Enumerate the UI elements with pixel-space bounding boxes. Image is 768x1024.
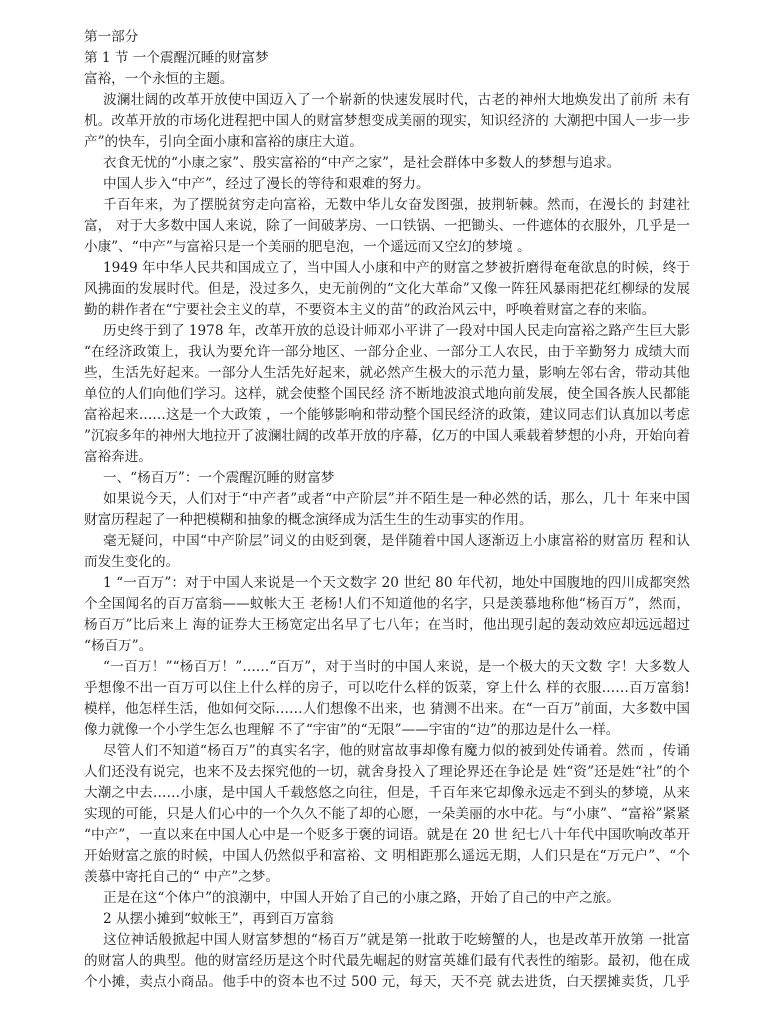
text-line: 杨百万”比后来上 海的证券大王杨宽定出名早了七八年；在当时，他出现引起的轰动效应… (84, 615, 690, 636)
text-line: 人们还没有说完，也来不及去探究他的一切，就舍身投入了理论界还在争论是 姓“资”还… (84, 762, 690, 783)
text-line: 富裕起来……这是一个大政策 ，一个能够影响和带动整个国民经济的政策，建议同志们认… (84, 405, 690, 426)
text-line: 单位的人们向他们学习。这样，就会使整个国民经 济不断地波浪式地向前发展，使全国各… (84, 384, 690, 405)
text-line: 而发生变化的。 (84, 552, 690, 573)
text-line: 模样，他怎样生活，他如何交际……人们想像不出来，也 猜测不出来。在“一百万”前面… (84, 699, 690, 720)
text-line: 个小摊，卖点小商品。他手中的资本也不过 500 元，每天，天不亮 就去进货，白天… (84, 972, 690, 993)
text-line: 个全国闻名的百万富翁——蚊帐大王 老杨!人们不知道他的名字，只是羡慕地称他“杨百… (84, 594, 690, 615)
text-line: 些，生活先好起来。一部分人生活先好起来，就必然产生极大的示范力量，影响左邻右舍，… (84, 363, 690, 384)
text-line: 风拂面的发展时代。但是，没过多久，史无前例的“文化大革命”又像一阵狂风暴雨把花红… (84, 279, 690, 300)
section-heading: 第 1 节 一个震醒沉睡的财富梦 (84, 48, 690, 69)
text-line: “一百万！”“杨百万！”……“百万”，对于当时的中国人来说，是一个极大的天文数 … (84, 657, 690, 678)
text-line: 的财富人的典型。他的财富经历是这个时代最先崛起的财富英雄们最有代表性的缩影。最初… (84, 951, 690, 972)
text-line: ”沉寂多年的神州大地拉开了波澜壮阔的改革开放的序幕，亿万的中国人乘载着梦想的小舟… (84, 426, 690, 447)
text-line: 中国人步入“中产”，经过了漫长的等待和艰难的努力。 (84, 174, 690, 195)
text-line: 羡慕中寄托自己的“ 中产”之梦。 (84, 867, 690, 888)
text-line: “中产”，一直以来在中国人心中是一个贬多于褒的词语。就是在 20 世 纪七八十年… (84, 825, 690, 846)
part-heading: 第一部分 (84, 27, 690, 48)
text-line: 历史终于到了 1978 年，改革开放的总设计师邓小平讲了一段对中国人民走向富裕之… (84, 321, 690, 342)
text-line: 大潮之中去……小康，是中国人千载悠悠之向往，但是，千百年来它却像永远走不到头的梦… (84, 783, 690, 804)
text-line: 像力就像一个小学生怎么也理解 不了“宇宙”的“无限”——宇宙的“边”的那边是什么… (84, 720, 690, 741)
text-line: 一、“杨百万”：一个震醒沉睡的财富梦 (84, 468, 690, 489)
text-line: 小康”、“中产”与富裕只是一个美丽的肥皂泡，一个遥远而又空幻的梦境 。 (84, 237, 690, 258)
text-line: 如果说今天，人们对于“中产者”或者“中产阶层”并不陌生是一种必然的话，那么，几十… (84, 489, 690, 510)
text-line: 波澜壮阔的改革开放使中国迈入了一个崭新的快速发展时代，古老的神州大地焕发出了前所… (84, 90, 690, 111)
text-line: 衣食无忧的“小康之家”、殷实富裕的“中产之家”，是社会群体中多数人的梦想与追求。 (84, 153, 690, 174)
text-line: 正是在这“个体户”的浪潮中，中国人开始了自己的小康之路，开始了自己的中产之旅。 (84, 888, 690, 909)
text-line: 尽管人们不知道“杨百万”的真实名字，他的财富故事却像有魔力似的被到处传诵着。然而… (84, 741, 690, 762)
text-line: 这位神话般掀起中国人财富梦想的“杨百万”就是第一批敢于吃螃蟹的人，也是改革开放第… (84, 930, 690, 951)
text-line: 毫无疑问，中国“中产阶层”词义的由贬到褒，是伴随着中国人逐渐迈上小康富裕的财富历… (84, 531, 690, 552)
text-line: 产”的快车，引向全面小康和富裕的康庄大道。 (84, 132, 690, 153)
text-line: 富， 对于大多数中国人来说，除了一间破茅房、一口铁锅、一把锄头、一件遮体的衣服外… (84, 216, 690, 237)
text-line: 实现的可能，只是人们心中的一个久久不能了却的心愿，一朵美丽的水中花。与“小康”、… (84, 804, 690, 825)
text-line: 2 从摆小摊到“蚊帐王”，再到百万富翁 (84, 909, 690, 930)
text-line: 1949 年中华人民共和国成立了，当中国人小康和中产的财富之梦被折磨得奄奄欲息的… (84, 258, 690, 279)
text-line: 1 “一百万”：对于中国人来说是一个天文数字 20 世纪 80 年代初，地处中国… (84, 573, 690, 594)
text-line: 机。改革开放的市场化进程把中国人的财富梦想变成美丽的现实，知识经济的 大潮把中国… (84, 111, 690, 132)
text-line: 富裕奔进。 (84, 447, 690, 468)
text-line: 千百年来，为了摆脱贫穷走向富裕，无数中华儿女奋发图强，披荆斩棘。然而，在漫长的 … (84, 195, 690, 216)
document-page: 第一部分第 1 节 一个震醒沉睡的财富梦富裕，一个永恒的主题。波澜壮阔的改革开放… (84, 27, 690, 993)
text-line: 财富历程起了一种把模糊和抽象的概念演绎成为活生生的生动事实的作用。 (84, 510, 690, 531)
text-line: “杨百万”。 (84, 636, 690, 657)
text-line: 乎想像不出一百万可以住上什么样的房子，可以吃什么样的饭菜，穿上什么 样的衣服……… (84, 678, 690, 699)
text-line: “在经济政策上，我认为要允许一部分地区、一部分企业、一部分工人农民，由于辛勤努力… (84, 342, 690, 363)
text-line: 富裕，一个永恒的主题。 (84, 69, 690, 90)
text-line: 开始财富之旅的时候，中国人仍然似乎和富裕、文 明相距那么遥远无期，人们只是在“万… (84, 846, 690, 867)
text-line: 勤的耕作者在“宁要社会主义的草，不要资本主义的苗”的政治风云中，呼唤着财富之春的… (84, 300, 690, 321)
